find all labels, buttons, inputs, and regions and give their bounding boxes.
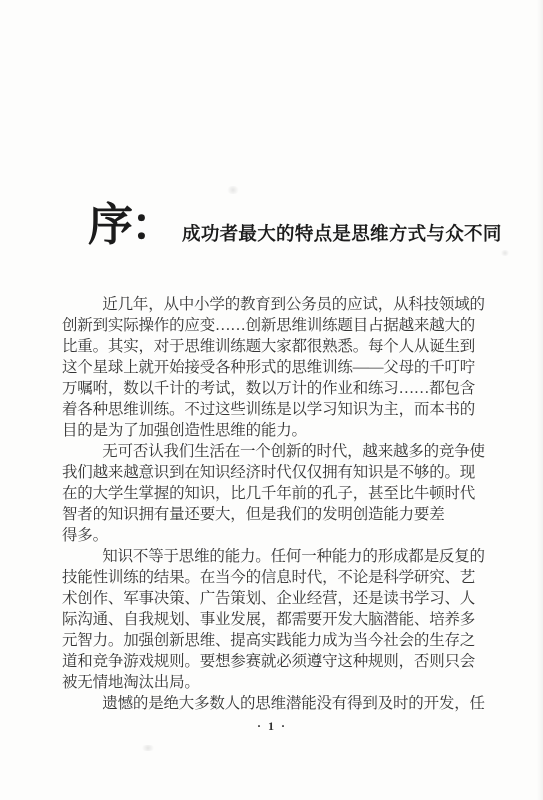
body-paragraph: 知识不等于思维的能力。任何一种能力的形成都是反复的技能性训练的结果。在当今的信息…: [62, 546, 482, 693]
body-line: 比重。其实，对于思维训练题大家都很熟悉。每个人从诞生到: [62, 336, 482, 357]
chapter-title-prefix: 序：: [88, 188, 174, 253]
body-line: 目的是为了加强创造性思维的能力。: [62, 420, 482, 441]
body-line: 这个星球上就开始接受各种形式的思维训练——父母的千叮咛: [62, 357, 482, 378]
scan-edge-shade: [537, 0, 543, 800]
body-line: 际沟通、自我规划、事业发展，都需要开发大脑潜能、培养多: [62, 609, 482, 630]
body-line: 知识不等于思维的能力。任何一种能力的形成都是反复的: [62, 546, 482, 567]
body-line: 道和竞争游戏规则。要想参赛就必须遵守这种规则，否则只会: [62, 651, 482, 672]
body-line: 创新到实际操作的应变……创新思维训练题目占据越来越大的: [62, 315, 482, 336]
body-paragraph: 无可否认我们生活在一个创新的时代，越来越多的竞争使我们越来越意识到在知识经济时代…: [62, 441, 482, 546]
body-line: 术创作、军事决策、广告策划、企业经营，还是读书学习、人: [62, 588, 482, 609]
page-number: · 1 ·: [62, 719, 482, 734]
body-paragraph: 近几年，从中小学的教育到公务员的应试，从科技领域的创新到实际操作的应变……创新思…: [62, 294, 482, 441]
body-line: 我们越来越意识到在知识经济时代仅仅拥有知识是不够的。现: [62, 462, 482, 483]
body-line: 智者的知识拥有量还要大，但是我们的发明创造能力要差: [62, 504, 482, 525]
book-page: 序 成功者最大的特点是思维方式与众不同 序： 成功者最大的特点是思维方式与众不同…: [0, 0, 543, 800]
scan-speck: [140, 745, 156, 751]
body-line: 技能性训练的结果。在当今的信息时代，不论是科学研究、艺: [62, 567, 482, 588]
body-line: 在的大学生掌握的知识，比几千年前的孔子，甚至比牛顿时代: [62, 483, 482, 504]
body-line: 元智力。加强创新思维、提高实践能力成为当今社会的生存之: [62, 630, 482, 651]
body-line: 被无情地淘汰出局。: [62, 672, 482, 693]
body-line: 得多。: [62, 525, 482, 546]
body-paragraph: 遗憾的是绝大多数人的思维潜能没有得到及时的开发，任: [62, 693, 482, 714]
chapter-title-text: 成功者最大的特点是思维方式与众不同: [182, 220, 502, 246]
body-line: 近几年，从中小学的教育到公务员的应试，从科技领域的: [62, 294, 482, 315]
body-line: 万嘱咐，数以千计的考试，数以万计的作业和练习……都包含: [62, 378, 482, 399]
body-line: 无可否认我们生活在一个创新的时代，越来越多的竞争使: [62, 441, 482, 462]
scan-speck: [226, 186, 240, 194]
scan-speck: [500, 250, 510, 256]
chapter-title: 序： 成功者最大的特点是思维方式与众不同: [88, 188, 488, 253]
body-text: 近几年，从中小学的教育到公务员的应试，从科技领域的创新到实际操作的应变……创新思…: [62, 294, 482, 714]
body-line: 遗憾的是绝大多数人的思维潜能没有得到及时的开发，任: [62, 693, 482, 714]
body-line: 着各种思维训练。不过这些训练是以学习知识为主，而本书的: [62, 399, 482, 420]
